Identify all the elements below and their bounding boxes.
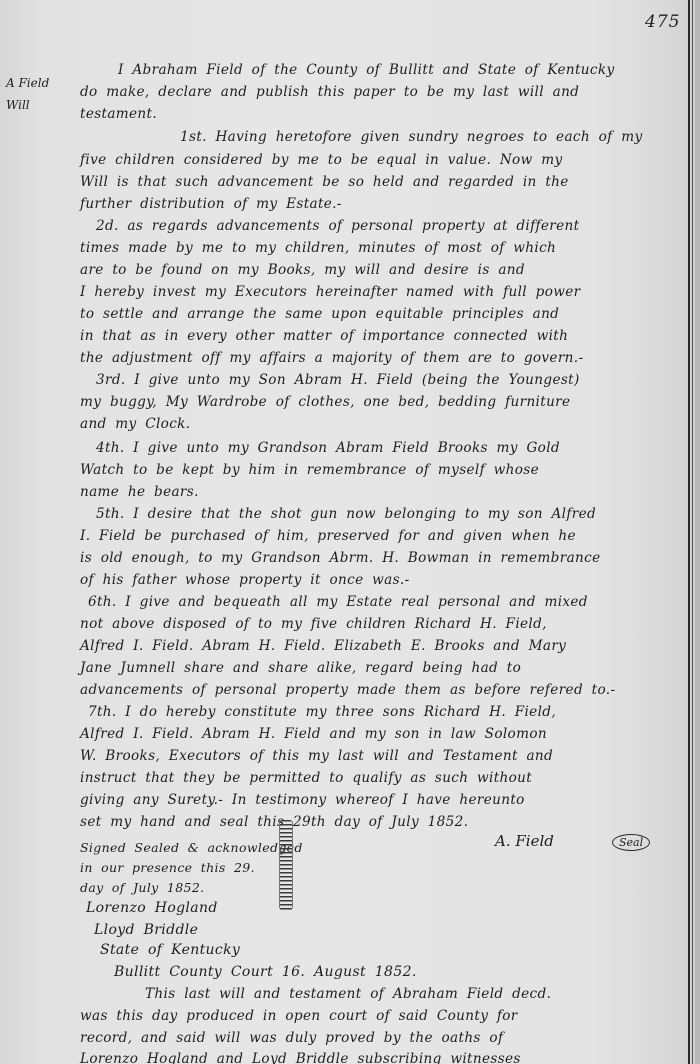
will-line: Will is that such advancement be so held…	[80, 172, 569, 192]
will-line: Watch to be kept by him in remembrance o…	[80, 460, 539, 480]
will-line: Alfred I. Field. Abram H. Field. Elizabe…	[80, 636, 566, 656]
will-line: W. Brooks, Executors of this my last wil…	[80, 746, 553, 766]
margin-note: A Field Will	[6, 72, 76, 116]
testator-signature: A. Field	[495, 832, 554, 850]
witness-name: Lloyd Briddle	[94, 920, 198, 940]
will-line: is old enough, to my Grandson Abrm. H. B…	[80, 548, 601, 568]
will-line: Alfred I. Field. Abram H. Field and my s…	[80, 724, 547, 744]
will-line: 6th. I give and bequeath all my Estate r…	[88, 592, 588, 612]
margin-note-name: A Field	[6, 72, 76, 94]
will-line: of his father whose property it once was…	[80, 570, 410, 590]
will-line: I Abraham Field of the County of Bullitt…	[118, 60, 615, 80]
will-line: 2d. as regards advancements of personal …	[96, 216, 579, 236]
page-binding-edge-inner	[692, 0, 693, 1064]
will-line: instruct that they be permitted to quali…	[80, 768, 532, 788]
will-line: not above disposed of to my five childre…	[80, 614, 547, 634]
page-number: 475	[645, 12, 680, 32]
will-line: advancements of personal property made t…	[80, 680, 615, 700]
margin-note-type: Will	[6, 94, 76, 116]
probate-line: This last will and testament of Abraham …	[145, 984, 551, 1004]
page-binding-shadow	[695, 0, 700, 1064]
will-line: 5th. I desire that the shot gun now belo…	[96, 504, 596, 524]
will-line: giving any Surety.- In testimony whereof…	[80, 790, 525, 810]
probate-line: was this day produced in open court of s…	[80, 1006, 518, 1026]
probate-line: Lorenzo Hogland and Loyd Briddle subscri…	[80, 1049, 521, 1064]
will-line: are to be found on my Books, my will and…	[80, 260, 525, 280]
witness-line: day of July 1852.	[80, 878, 204, 898]
will-line: I. Field be purchased of him, preserved …	[80, 526, 576, 546]
will-line: to settle and arrange the same upon equi…	[80, 304, 559, 324]
will-line: name he bears.	[80, 482, 199, 502]
ledger-page: 475 A Field Will I Abraham Field of the …	[0, 0, 700, 1064]
will-line: 3rd. I give unto my Son Abram H. Field (…	[96, 370, 580, 390]
will-line: and my Clock.	[80, 414, 190, 434]
will-line: in that as in every other matter of impo…	[80, 326, 568, 346]
witness-line: Signed Sealed & acknowledged	[80, 838, 303, 858]
seal-mark: Seal	[612, 834, 650, 851]
will-line: Jane Jumnell share and share alike, rega…	[80, 658, 521, 678]
bracket-flourish	[279, 820, 293, 910]
page-binding-edge	[688, 0, 690, 1064]
will-line: times made by me to my children, minutes…	[80, 238, 556, 258]
witness-line: in our presence this 29.	[80, 858, 255, 878]
will-line: 7th. I do hereby constitute my three son…	[88, 702, 556, 722]
witness-name: Lorenzo Hogland	[86, 898, 218, 918]
will-line: do make, declare and publish this paper …	[80, 82, 579, 102]
probate-line: Bullitt County Court 16. August 1852.	[114, 962, 417, 982]
will-line: five children considered by me to be equ…	[80, 150, 563, 170]
probate-line: State of Kentucky	[100, 940, 240, 960]
will-line: 4th. I give unto my Grandson Abram Field…	[96, 438, 560, 458]
will-line: I hereby invest my Executors hereinafter…	[80, 282, 580, 302]
probate-line: record, and said will was duly proved by…	[80, 1028, 503, 1048]
will-line: the adjustment off my affairs a majority…	[80, 348, 583, 368]
will-line: further distribution of my Estate.-	[80, 194, 342, 214]
will-line: my buggy, My Wardrobe of clothes, one be…	[80, 392, 570, 412]
will-line: set my hand and seal this 29th day of Ju…	[80, 812, 468, 832]
will-line: testament.	[80, 104, 157, 124]
will-line: 1st. Having heretofore given sundry negr…	[180, 127, 643, 147]
